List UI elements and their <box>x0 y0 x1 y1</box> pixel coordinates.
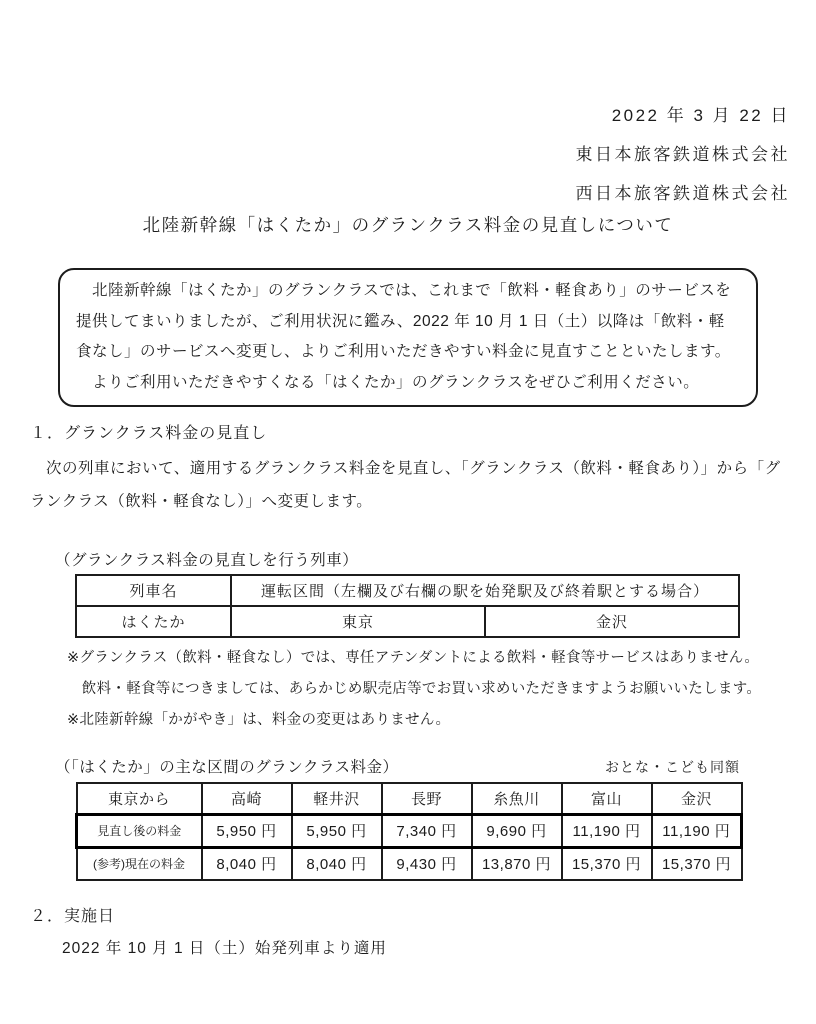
fare-header-itoigawa: 糸魚川 <box>472 783 562 814</box>
fare-cell: 9,690 円 <box>472 814 562 847</box>
fare-cell: 5,950 円 <box>292 814 382 847</box>
from-station-cell: 東京 <box>231 606 485 637</box>
fare-cell: 13,870 円 <box>472 847 562 880</box>
fare-cell: 15,370 円 <box>652 847 742 880</box>
fare-header-toyama: 富山 <box>562 783 652 814</box>
fare-row-revised: 見直し後の料金 5,950 円 5,950 円 7,340 円 9,690 円 … <box>77 814 742 847</box>
fare-cell: 11,190 円 <box>562 814 652 847</box>
fare-header-nagano: 長野 <box>382 783 472 814</box>
fare-header-from-tokyo: 東京から <box>77 783 202 814</box>
fare-header-takasaki: 高崎 <box>202 783 292 814</box>
fare-cell: 7,340 円 <box>382 814 472 847</box>
fare-row-current-label: (参考)現在の料金 <box>77 847 202 880</box>
fare-cell: 15,370 円 <box>562 847 652 880</box>
fare-cell: 8,040 円 <box>202 847 292 880</box>
fare-table-caption-row: （「はくたか」の主な区間のグランクラス料金） おとな・こども同額 <box>55 755 740 777</box>
notes-list: ※グランクラス（飲料・軽食なし）では、専任アテンダントによる飲料・軽食等サービス… <box>67 643 761 736</box>
train-table: 列車名 運転区間（左欄及び右欄の駅を始発駅及び終着駅とする場合） はくたか 東京… <box>75 574 740 638</box>
fare-table-header-row: 東京から 高崎 軽井沢 長野 糸魚川 富山 金沢 <box>77 783 742 814</box>
page-title: 北陸新幹線「はくたか」のグランクラス料金の見直しについて <box>0 212 816 237</box>
train-name-header: 列車名 <box>76 575 231 606</box>
fare-cell: 11,190 円 <box>652 814 742 847</box>
document-date: 2022 年 3 月 22 日 <box>576 96 791 135</box>
company-name-jr-west: 西日本旅客鉄道株式会社 <box>576 174 791 213</box>
train-table-header-row: 列車名 運転区間（左欄及び右欄の駅を始発駅及び終着駅とする場合） <box>76 575 739 606</box>
fare-cell: 5,950 円 <box>202 814 292 847</box>
intro-paragraph-2: よりご利用いただきやすくなる「はくたか」のグランクラスをぜひご利用ください。 <box>76 368 740 399</box>
section2-heading: ２．実施日 <box>30 903 115 926</box>
intro-box: 北陸新幹線「はくたか」のグランクラスでは、これまで「飲料・軽食あり」のサービスを… <box>58 268 758 407</box>
fare-header-karuizawa: 軽井沢 <box>292 783 382 814</box>
note-line-3: ※北陸新幹線「かがやき」は、料金の変更はありません。 <box>67 705 761 736</box>
note-line-1: ※グランクラス（飲料・軽食なし）では、専任アテンダントによる飲料・軽食等サービス… <box>67 643 761 674</box>
section2-body: 2022 年 10 月 1 日（土）始発列車より適用 <box>62 936 387 958</box>
intro-paragraph-1: 北陸新幹線「はくたか」のグランクラスでは、これまで「飲料・軽食あり」のサービスを… <box>76 276 740 368</box>
fare-cell: 8,040 円 <box>292 847 382 880</box>
company-name-jr-east: 東日本旅客鉄道株式会社 <box>576 135 791 174</box>
fare-table-caption: （「はくたか」の主な区間のグランクラス料金） <box>55 755 398 777</box>
operating-section-header: 運転区間（左欄及び右欄の駅を始発駅及び終着駅とする場合） <box>231 575 739 606</box>
document-header: 2022 年 3 月 22 日 東日本旅客鉄道株式会社 西日本旅客鉄道株式会社 <box>576 96 791 213</box>
fare-same-price-note: おとな・こども同額 <box>605 757 740 777</box>
to-station-cell: 金沢 <box>485 606 739 637</box>
fare-table: 東京から 高崎 軽井沢 長野 糸魚川 富山 金沢 見直し後の料金 5,950 円… <box>75 782 743 881</box>
fare-row-current: (参考)現在の料金 8,040 円 8,040 円 9,430 円 13,870… <box>77 847 742 880</box>
section1-body: 次の列車において、適用するグランクラス料金を見直し、「グランクラス（飲料・軽食あ… <box>30 452 790 518</box>
press-release-page: 2022 年 3 月 22 日 東日本旅客鉄道株式会社 西日本旅客鉄道株式会社 … <box>0 0 816 1024</box>
train-table-data-row: はくたか 東京 金沢 <box>76 606 739 637</box>
fare-row-revised-label: 見直し後の料金 <box>77 814 202 847</box>
fare-header-kanazawa: 金沢 <box>652 783 742 814</box>
fare-cell: 9,430 円 <box>382 847 472 880</box>
train-table-caption: （グランクラス料金の見直しを行う列車） <box>55 548 358 570</box>
note-line-2: 飲料・軽食等につきましては、あらかじめ駅売店等でお買い求めいただきますようお願い… <box>67 674 761 705</box>
section1-heading: １．グランクラス料金の見直し <box>30 420 267 443</box>
train-name-cell: はくたか <box>76 606 231 637</box>
